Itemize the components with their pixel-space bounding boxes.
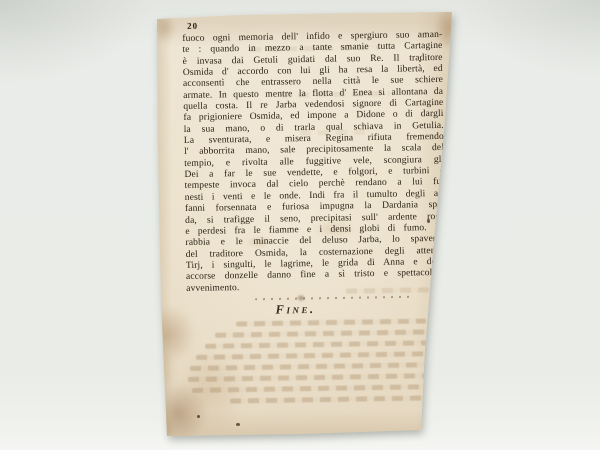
- corner-stain: [153, 14, 177, 42]
- foxing-stain: [128, 412, 176, 448]
- book-page: 20 fuoco ogni memoria dell' infido e spe…: [0, 0, 600, 450]
- paper-shadow-wrap: 20 fuoco ogni memoria dell' infido e spe…: [0, 0, 600, 450]
- ink-speck: [132, 429, 135, 432]
- photo-backdrop: 20 fuoco ogni memoria dell' infido e spe…: [0, 0, 600, 450]
- ink-speck: [236, 423, 240, 426]
- printed-text-block: 20 fuoco ogni memoria dell' infido e spe…: [182, 17, 447, 319]
- ink-speck: [197, 415, 200, 418]
- body-text: fuoco ogni memoria dell' infido e spergi…: [182, 29, 446, 294]
- foxing-stain: [170, 350, 245, 435]
